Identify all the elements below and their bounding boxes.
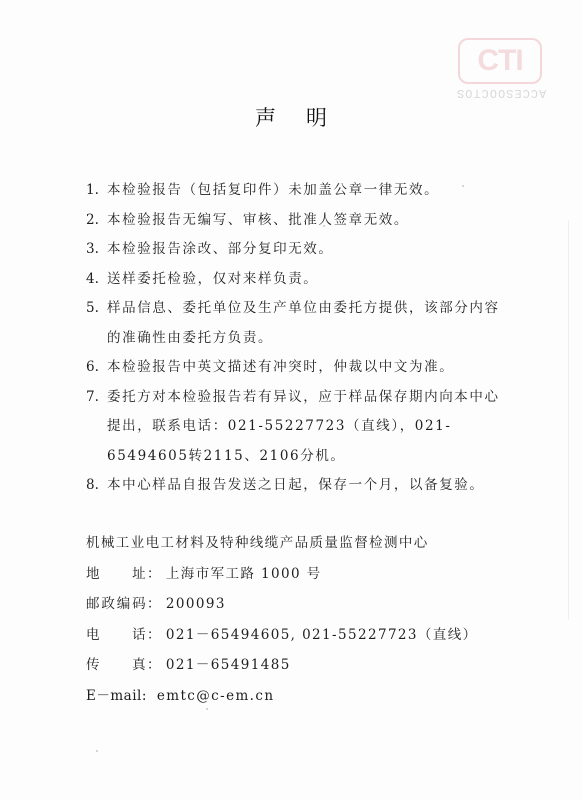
clause-item: 6. 本检验报告中英文描述有冲突时，仲裁以中文为准。 [86, 353, 506, 383]
fax-row: 传真 ： 021－65491485 [86, 650, 526, 681]
clause-number: 1. [86, 176, 107, 206]
clause-item: 5. 样品信息、委托单位及生产单位由委托方提供，该部分内容的准确性由委托方负责。 [86, 294, 506, 353]
address-row: 地址 ： 上海市军工路 1000 号 [86, 559, 526, 590]
clause-text: 送样委托检验，仅对来样负责。 [107, 265, 506, 295]
stamp-serial: ACCESOOCTOS [456, 86, 546, 100]
colon: ： [147, 650, 162, 681]
postcode-value: 200093 [166, 589, 226, 620]
postcode-label: 邮政编码 [86, 589, 147, 620]
clause-item: 7. 委托方对本检验报告若有异议，应于样品保存期内向本中心提出，联系电话：021… [86, 383, 506, 472]
postcode-row: 邮政编码 ： 200093 [86, 589, 526, 620]
email-value[interactable]: emtc@c-em.cn [157, 681, 275, 712]
scan-artifact-line [568, 220, 569, 620]
colon: ： [147, 620, 162, 651]
clause-item: 4. 送样委托检验，仅对来样负责。 [86, 265, 506, 295]
document-page: CTI ACCESOOCTOS 声明 1. 本检验报告（包括复印件）未加盖公章一… [0, 0, 582, 800]
stamp-mark: CTI [477, 44, 522, 78]
email-label: E－mail: [86, 681, 147, 712]
page-title: 声明 [0, 102, 582, 132]
colon: ： [147, 559, 162, 590]
address-value: 上海市军工路 1000 号 [166, 559, 322, 590]
fax-label: 传真 [86, 650, 147, 681]
clause-number: 6. [86, 353, 107, 383]
email-row: E－mail: emtc@c-em.cn [86, 681, 526, 712]
clause-item: 1. 本检验报告（包括复印件）未加盖公章一律无效。 [86, 176, 506, 206]
clause-text: 委托方对本检验报告若有异议，应于样品保存期内向本中心提出，联系电话：021-55… [107, 383, 506, 472]
clause-text: 样品信息、委托单位及生产单位由委托方提供，该部分内容的准确性由委托方负责。 [107, 294, 506, 353]
phone-value: 021－65494605, 021-55227723（直线） [166, 620, 478, 651]
clause-number: 8. [86, 471, 107, 501]
clause-number: 4. [86, 265, 107, 295]
clause-text: 本检验报告无编写、审核、批准人签章无效。 [107, 206, 506, 236]
phone-row: 电话 ： 021－65494605, 021-55227723（直线） [86, 620, 526, 651]
clause-item: 3. 本检验报告涂改、部分复印无效。 [86, 235, 506, 265]
clause-number: 5. [86, 294, 107, 353]
clause-text: 本检验报告中英文描述有冲突时，仲裁以中文为准。 [107, 353, 506, 383]
fax-value: 021－65491485 [166, 650, 291, 681]
colon: ： [147, 589, 162, 620]
clause-number: 2. [86, 206, 107, 236]
clause-list: 1. 本检验报告（包括复印件）未加盖公章一律无效。 2. 本检验报告无编写、审核… [86, 176, 506, 501]
scan-artifact-dot [96, 750, 98, 752]
organization-info: 机械工业电工材料及特种线缆产品质量监督检测中心 地址 ： 上海市军工路 1000… [86, 528, 526, 711]
stamp-logo: CTI [458, 38, 542, 84]
clause-text: 本检验报告（包括复印件）未加盖公章一律无效。 [107, 176, 506, 206]
clause-item: 2. 本检验报告无编写、审核、批准人签章无效。 [86, 206, 506, 236]
organization-name: 机械工业电工材料及特种线缆产品质量监督检测中心 [86, 528, 526, 559]
clause-text: 本检验报告涂改、部分复印无效。 [107, 235, 506, 265]
clause-number: 3. [86, 235, 107, 265]
clause-item: 8. 本中心样品自报告发送之日起，保存一个月，以备复验。 [86, 471, 506, 501]
phone-label: 电话 [86, 620, 147, 651]
clause-text: 本中心样品自报告发送之日起，保存一个月，以备复验。 [107, 471, 506, 501]
clause-number: 7. [86, 383, 107, 472]
address-label: 地址 [86, 559, 147, 590]
